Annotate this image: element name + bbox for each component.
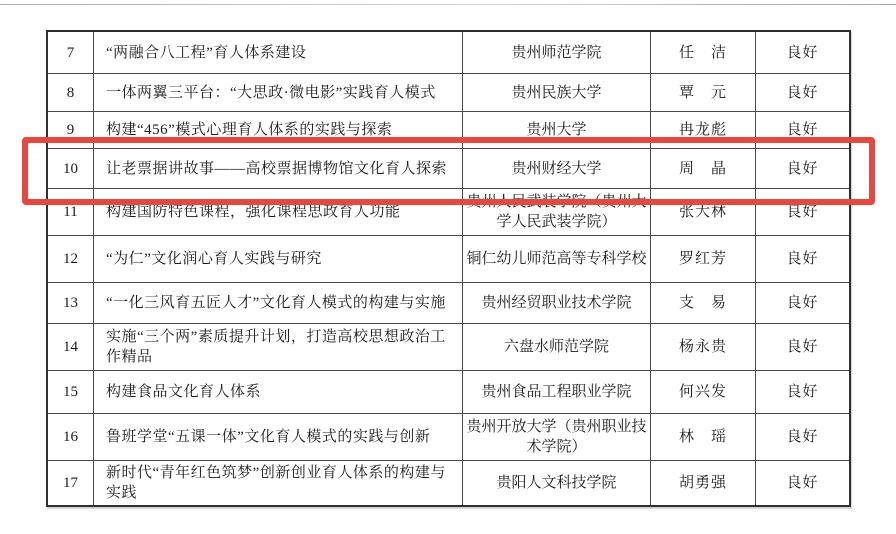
- project-title-cell: “一化三风育五匠人才”文化育人模式的构建与实施: [94, 283, 463, 323]
- table-row: 7 “两融合八工程”育人体系建设 贵州师范学院 任 洁 良好: [48, 32, 849, 74]
- rating-cell: 良好: [756, 324, 849, 370]
- project-title-cell: “两融合八工程”育人体系建设: [94, 32, 463, 73]
- table-row: 17 新时代“青年红色筑梦”创新创业育人体系的构建与实践 贵阳人文科技学院 胡勇…: [48, 461, 849, 505]
- table-row: 16 鲁班学堂“五课一体”文化育人模式的实践与创新 贵州开放大学（贵州职业技术学…: [48, 414, 849, 461]
- institution-cell: 贵州开放大学（贵州职业技术学院）: [463, 414, 651, 460]
- rating-cell: 良好: [756, 283, 849, 323]
- institution-cell: 贵州民族大学: [463, 74, 651, 111]
- institution-cell: 贵州食品工程职业学院: [463, 371, 651, 413]
- institution-cell: 贵州经贸职业技术学院: [463, 283, 651, 323]
- row-number-cell: 17: [48, 461, 94, 505]
- row-number-cell: 12: [48, 236, 94, 282]
- project-title-cell: 鲁班学堂“五课一体”文化育人模式的实践与创新: [94, 414, 463, 460]
- row-number-cell: 7: [48, 32, 94, 73]
- table-row: 14 实施“三个两”素质提升计划，打造高校思想政治工作精品 六盘水师范学院 杨永…: [48, 324, 849, 371]
- row-number-cell: 14: [48, 324, 94, 370]
- institution-cell: 铜仁幼儿师范高等专科学校: [463, 236, 651, 282]
- row-number-cell: 15: [48, 371, 94, 413]
- project-title-cell: 新时代“青年红色筑梦”创新创业育人体系的构建与实践: [94, 461, 463, 505]
- project-title-cell: 一体两翼三平台：“大思政·微电影”实践育人模式: [94, 74, 463, 111]
- table-row: 15 构建食品文化育人体系 贵州食品工程职业学院 何兴发 良好: [48, 371, 849, 414]
- person-name-cell: 支 易: [651, 283, 756, 323]
- project-title-cell: 实施“三个两”素质提升计划，打造高校思想政治工作精品: [94, 324, 463, 370]
- person-name-cell: 覃 元: [651, 74, 756, 111]
- person-name-cell: 杨永贵: [651, 324, 756, 370]
- rating-cell: 良好: [756, 371, 849, 413]
- institution-cell: 六盘水师范学院: [463, 324, 651, 370]
- rating-cell: 良好: [756, 236, 849, 282]
- table-row: 12 “为仁”文化润心育人实践与研究 铜仁幼儿师范高等专科学校 罗红芳 良好: [48, 236, 849, 283]
- project-title-cell: “为仁”文化润心育人实践与研究: [94, 236, 463, 282]
- rating-cell: 良好: [756, 414, 849, 460]
- person-name-cell: 胡勇强: [651, 461, 756, 505]
- row-number-cell: 8: [48, 74, 94, 111]
- person-name-cell: 罗红芳: [651, 236, 756, 282]
- person-name-cell: 任 洁: [651, 32, 756, 73]
- scan-artifact-line: [0, 4, 896, 5]
- rating-cell: 良好: [756, 32, 849, 73]
- rating-cell: 良好: [756, 461, 849, 505]
- project-title-cell: 构建食品文化育人体系: [94, 371, 463, 413]
- row-number-cell: 13: [48, 283, 94, 323]
- red-highlight-box: [22, 137, 875, 205]
- row-number-cell: 16: [48, 414, 94, 460]
- institution-cell: 贵阳人文科技学院: [463, 461, 651, 505]
- institution-cell: 贵州师范学院: [463, 32, 651, 73]
- projects-table: 7 “两融合八工程”育人体系建设 贵州师范学院 任 洁 良好 8 一体两翼三平台…: [46, 30, 851, 507]
- table-row: 8 一体两翼三平台：“大思政·微电影”实践育人模式 贵州民族大学 覃 元 良好: [48, 74, 849, 112]
- person-name-cell: 何兴发: [651, 371, 756, 413]
- table-row: 13 “一化三风育五匠人才”文化育人模式的构建与实施 贵州经贸职业技术学院 支 …: [48, 283, 849, 324]
- rating-cell: 良好: [756, 74, 849, 111]
- scanned-document-page: 7 “两融合八工程”育人体系建设 贵州师范学院 任 洁 良好 8 一体两翼三平台…: [0, 0, 896, 534]
- person-name-cell: 林 瑶: [651, 414, 756, 460]
